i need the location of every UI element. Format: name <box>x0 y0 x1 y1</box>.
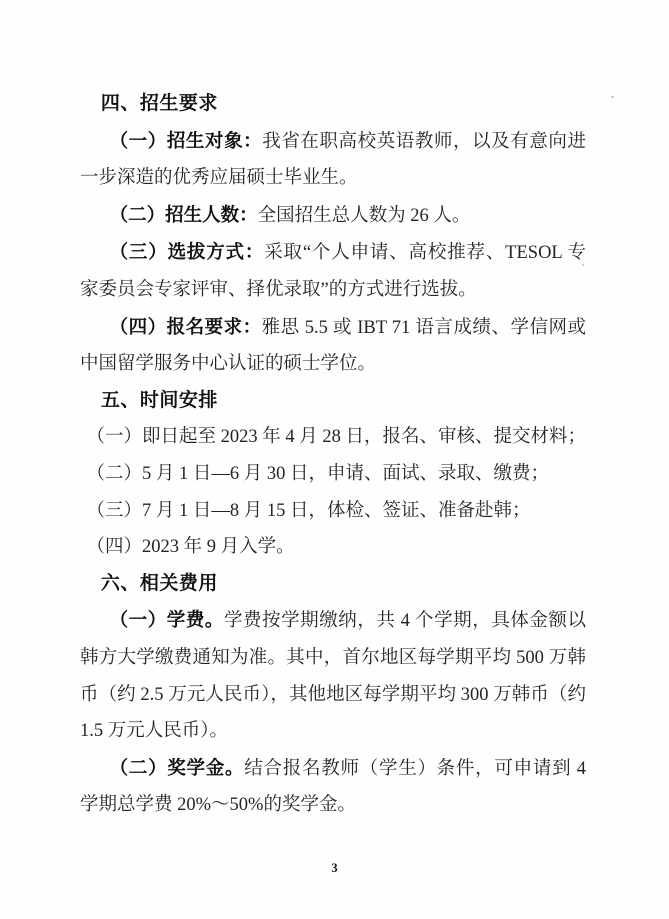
section-heading: 六、相关费用 <box>80 566 586 603</box>
paragraph: （三）7 月 1 日—8 月 15 日，体检、签证、准备赴韩； <box>80 493 586 530</box>
paragraph: （二）奖学金。结合报名教师（学生）条件，可申请到 4 学期总学费 20%～50%… <box>80 750 586 824</box>
paragraph-lead: （一）招生对象： <box>110 130 263 151</box>
section-fees: 六、相关费用 （一）学费。学费按学期缴纳，共 4 个学期，具体金额以韩方大学缴费… <box>80 566 586 824</box>
paragraph-text: 全国招生总人数为 26 人。 <box>258 206 471 226</box>
paragraph: （四）2023 年 9 月入学。 <box>80 529 586 566</box>
scan-speck <box>337 806 339 808</box>
paragraph: （一）招生对象：我省在职高校英语教师，以及有意向进一步深造的优秀应届硕士毕业生。 <box>80 123 586 197</box>
section-heading: 五、时间安排 <box>80 383 586 420</box>
paragraph-text: （三）7 月 1 日—8 月 15 日，体检、签证、准备赴韩； <box>86 501 530 521</box>
paragraph-text: （四）2023 年 9 月入学。 <box>86 537 294 557</box>
paragraph: （三）选拔方式：采取“个人申请、高校推荐、TESOL 专家委员会专家评审、择优录… <box>80 234 586 308</box>
paragraph: （一）即日起至 2023 年 4 月 28 日，报名、审核、提交材料； <box>80 419 586 456</box>
paragraph-lead: （二）奖学金。 <box>110 757 245 778</box>
paragraph-text: （一）即日起至 2023 年 4 月 28 日，报名、审核、提交材料； <box>86 427 586 447</box>
paragraph: （一）学费。学费按学期缴纳，共 4 个学期，具体金额以韩方大学缴费通知为准。其中… <box>80 602 586 749</box>
page-number: 3 <box>0 861 669 876</box>
paragraph: （二）5 月 1 日—6 月 30 日，申请、面试、录取、缴费； <box>80 456 586 493</box>
section-enrollment-requirements: 四、招生要求 （一）招生对象：我省在职高校英语教师，以及有意向进一步深造的优秀应… <box>80 86 586 383</box>
paragraph: （二）招生人数：全国招生总人数为 26 人。 <box>80 197 586 235</box>
paragraph-lead: （四）报名要求： <box>110 316 262 337</box>
paragraph: （四）报名要求：雅思 5.5 或 IBT 71 语言成绩、学信网或中国留学服务中… <box>80 309 586 383</box>
document-body: 四、招生要求 （一）招生对象：我省在职高校英语教师，以及有意向进一步深造的优秀应… <box>80 86 586 824</box>
document-page: 四、招生要求 （一）招生对象：我省在职高校英语教师，以及有意向进一步深造的优秀应… <box>0 0 669 919</box>
paragraph-text: （二）5 月 1 日—6 月 30 日，申请、面试、录取、缴费； <box>86 464 549 484</box>
paragraph-lead: （二）招生人数： <box>110 204 258 225</box>
scan-speck <box>582 264 584 266</box>
paragraph-text: 学费按学期缴纳，共 4 个学期，具体金额以韩方大学缴费通知为准。其中，首尔地区每… <box>80 611 586 741</box>
section-schedule: 五、时间安排 （一）即日起至 2023 年 4 月 28 日，报名、审核、提交材… <box>80 383 586 566</box>
section-heading: 四、招生要求 <box>80 86 586 123</box>
paragraph-lead: （一）学费。 <box>110 609 224 630</box>
paragraph-lead: （三）选拔方式： <box>110 241 265 262</box>
scan-speck <box>611 96 614 98</box>
